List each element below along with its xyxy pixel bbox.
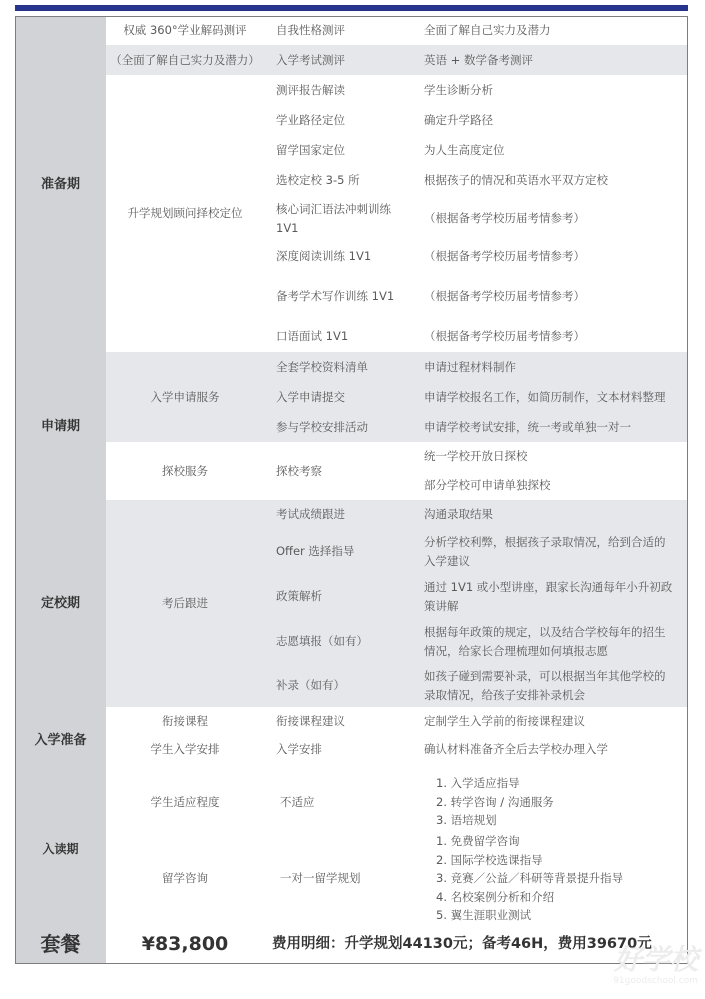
service-cell: 入学申请服务	[106, 352, 265, 443]
list-item: 5. 翼生涯职业测试	[436, 906, 531, 925]
list-item: 3. 语培规划	[436, 811, 497, 830]
service-cell: 留学咨询	[106, 831, 265, 927]
service-cell: 学生入学安排	[106, 735, 265, 774]
item-cell: 全套学校资料清单	[264, 352, 413, 384]
item-cell: 不适应	[264, 773, 413, 832]
item-cell: Offer 选择指导	[264, 529, 413, 575]
desc-cell: 为人生高度定位	[412, 135, 688, 166]
item-cell: 入学安排	[264, 735, 413, 774]
item-cell: 自我性格测评	[264, 16, 413, 46]
watermark-logo: 好学校	[588, 945, 698, 975]
phase-prep: 准备期	[15, 16, 107, 353]
item-cell: 深度阅读训练 1V1	[264, 241, 413, 273]
list-item: 2. 国际学校选课指导	[436, 851, 543, 870]
item-cell: 留学国家定位	[264, 135, 413, 166]
service-cell: （全面了解自己实力及潜力）	[106, 45, 265, 76]
package-price: ¥83,800	[106, 935, 264, 954]
desc-cell: 确定升学路径	[412, 105, 688, 136]
item-cell: 学业路径定位	[264, 105, 413, 136]
desc-cell: （根据备考学校历届考情参考）	[412, 321, 688, 353]
service-table: 准备期 权威 360°学业解码测评 自我性格测评 全面了解自己实力及潜力 （全面…	[15, 16, 688, 964]
item-cell: 探校考察	[264, 442, 413, 501]
list-item: 1. 入学适应指导	[436, 774, 520, 793]
desc-cell: 申请过程材料制作	[412, 352, 688, 384]
item-cell: 测评报告解读	[264, 75, 413, 106]
desc-cell: 申请学校考试安排，统一考或单独一对一	[412, 412, 688, 443]
desc-list: 1. 入学适应指导 2. 转学咨询 / 沟通服务 3. 语培规划	[412, 773, 688, 832]
list-item: 2. 转学咨询 / 沟通服务	[436, 793, 554, 812]
list-item: 3. 竞赛／公益／科研等背景提升指导	[436, 869, 623, 888]
desc-cell: 通过 1V1 或小型讲座，跟家长沟通每年小升初政策讲解	[412, 574, 688, 620]
package-label: 套餐	[15, 926, 107, 964]
service-cell: 权威 360°学业解码测评	[106, 16, 265, 46]
desc-cell: 根据每年政策的规定，以及结合学校每年的招生情况，给家长合理梳理如何填报志愿	[412, 619, 688, 665]
watermark-url: 91goodschool.com	[588, 975, 698, 987]
list-item: 1. 免费留学咨询	[436, 832, 520, 851]
desc-cell: 如孩子碰到需要补录，可以根据当年其他学校的录取情况，给孩子安排补录机会	[412, 664, 688, 708]
service-cell: 衔接课程	[106, 707, 265, 736]
desc-cell: 申请学校报名工作，如简历制作，文本材料整理	[412, 383, 688, 413]
phase-study: 入读期	[15, 773, 107, 927]
item-cell: 志愿填报（如有）	[264, 619, 413, 665]
desc-cell: 部分学校可申请单独探校	[412, 471, 688, 501]
list-item: 4. 名校案例分析和介绍	[436, 888, 554, 907]
desc-cell: （根据备考学校历届考情参考）	[412, 272, 688, 322]
phase-apply: 申请期	[15, 352, 107, 501]
desc-cell: 统一学校开放日探校	[412, 442, 688, 472]
desc-cell: 全面了解自己实力及潜力	[412, 16, 688, 46]
item-cell: 政策解析	[264, 574, 413, 620]
item-cell: 备考学术写作训练 1V1	[264, 272, 413, 322]
desc-cell: （根据备考学校历届考情参考）	[412, 196, 688, 242]
desc-cell: 学生诊断分析	[412, 75, 688, 106]
item-cell: 入学考试测评	[264, 45, 413, 76]
item-cell: 补录（如有）	[264, 664, 413, 708]
item-cell: 口语面试 1V1	[264, 321, 413, 353]
service-cell: 升学规划顾问择校定位	[106, 75, 265, 353]
service-cell: 探校服务	[106, 442, 265, 501]
watermark: 好学校 91goodschool.com	[588, 945, 698, 990]
item-cell: 衔接课程建议	[264, 707, 413, 736]
phase-enroll-prep: 入学准备	[15, 707, 107, 774]
service-cell: 考后跟进	[106, 500, 265, 708]
item-cell: 核心词汇语法冲刺训练 1V1	[264, 196, 413, 242]
desc-list: 1. 免费留学咨询 2. 国际学校选课指导 3. 竞赛／公益／科研等背景提升指导…	[412, 831, 688, 927]
desc-cell: 定制学生入学前的衔接课程建议	[412, 707, 688, 736]
item-cell: 参与学校安排活动	[264, 412, 413, 443]
desc-cell: 分析学校利弊，根据孩子录取情况，给到合适的入学建议	[412, 529, 688, 575]
header-accent-bar	[15, 5, 688, 11]
item-cell: 一对一留学规划	[264, 831, 413, 927]
item-cell: 入学申请提交	[264, 383, 413, 413]
desc-cell: （根据备考学校历届考情参考）	[412, 241, 688, 273]
desc-cell: 沟通录取结果	[412, 500, 688, 530]
phase-decide: 定校期	[15, 500, 107, 708]
service-cell: 学生适应程度	[106, 773, 265, 832]
desc-cell: 英语 + 数学备考测评	[412, 45, 688, 76]
desc-cell: 根据孩子的情况和英语水平双方定校	[412, 165, 688, 197]
item-cell: 选校定校 3-5 所	[264, 165, 413, 197]
desc-cell: 确认材料准备齐全后去学校办理入学	[412, 735, 688, 774]
item-cell: 考试成绩跟进	[264, 500, 413, 530]
